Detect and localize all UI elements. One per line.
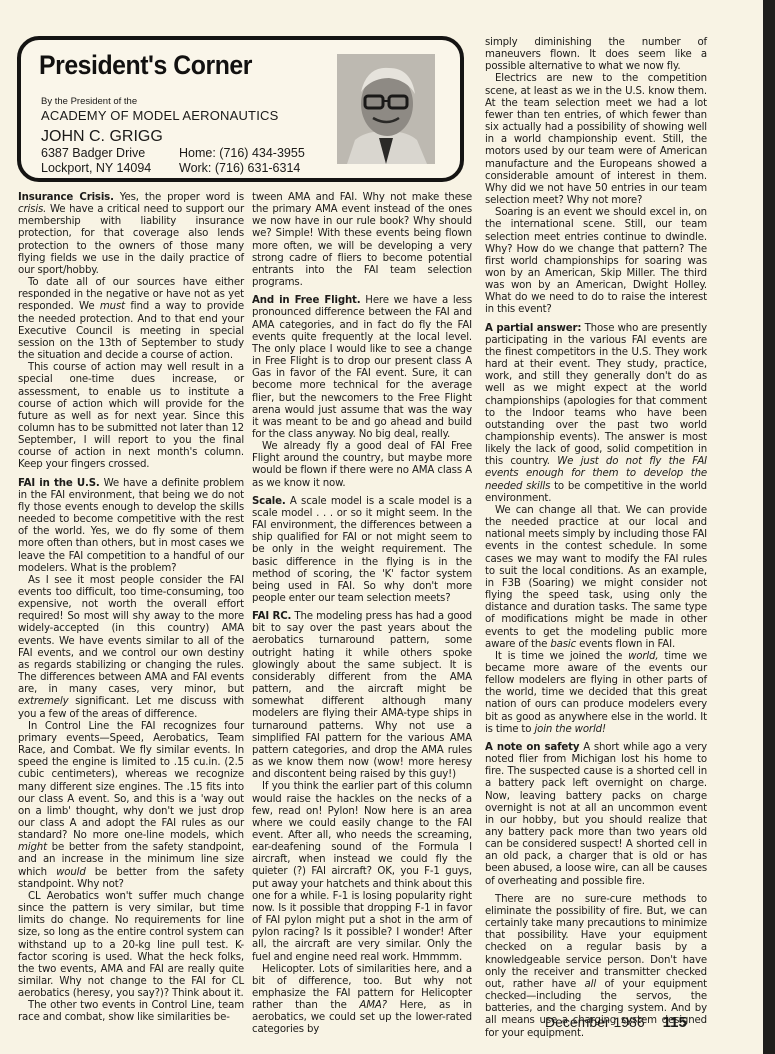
paragraph-fai-rc: FAI RC. The modeling press has had a goo… [252,611,472,781]
paragraph-note-on-safety: A note on safety A short while ago a ver… [485,742,707,888]
issue-date: December 1986 [545,1014,645,1030]
paragraph: We already fly a good deal of FAI Free F… [252,441,472,490]
paragraph-control-line: In Control Line the FAI recognizes four … [18,721,244,891]
paragraph-partial-answer: A partial answer: Those who are presentl… [485,323,707,505]
page-number: 115 [663,1014,687,1031]
paragraph: We can change all that. We can provide t… [485,505,707,651]
work-phone: Work: (716) 631-6314 [179,161,305,176]
section-heading: A note on safety [485,742,579,753]
presidents-corner-header: President's Corner By the President of t… [17,36,464,182]
column-title: President's Corner [39,50,252,81]
paragraph: The other two events in Control Line, te… [18,1000,244,1024]
paragraph: This course of action may well result in… [18,362,244,471]
paragraph-scale: Scale. A scale model is a scale model is… [252,496,472,605]
magazine-page: President's Corner By the President of t… [0,0,763,1054]
author-address: 6387 Badger Drive Lockport, NY 14094 [41,146,151,176]
author-name: JOHN C. GRIGG [41,128,163,146]
address-line-1: 6387 Badger Drive [41,146,151,161]
paragraph-cl-aerobatics: CL Aerobatics won't suffer much change s… [18,891,244,1000]
section-heading: Insurance Crisis. [18,192,114,203]
author-phones: Home: (716) 434-3955 Work: (716) 631-631… [179,146,305,176]
paragraph: tween AMA and FAI. Why not make these th… [252,192,472,289]
article-column-3: simply diminishing the number of maneuve… [485,4,707,1040]
paragraph-soaring: Soaring is an event we should excel in, … [485,207,707,316]
portrait-photo [337,54,435,164]
article-column-1: Insurance Crisis. Yes, the proper word i… [18,192,244,1025]
byline: By the President of the [41,96,137,107]
address-line-2: Lockport, NY 14094 [41,161,151,176]
section-heading: FAI RC. [252,611,291,622]
paragraph-pylon: If you think the earlier part of this co… [252,781,472,963]
article-column-2: tween AMA and FAI. Why not make these th… [252,192,472,1037]
paragraph: simply diminishing the number of maneuve… [485,37,707,73]
portrait-icon [337,54,435,164]
paragraph-fai-in-us: FAI in the U.S. We have a definite probl… [18,478,244,575]
section-heading: Scale. [252,496,286,507]
paragraph: It is time we joined the world, time we … [485,651,707,736]
paragraph-free-flight: And in Free Flight. Here we have a less … [252,295,472,441]
organization-name: ACADEMY OF MODEL AERONAUTICS [41,108,278,123]
section-heading: And in Free Flight. [252,295,361,306]
paragraph-electrics: Electrics are new to the competition sce… [485,73,707,207]
paragraph: To date all of our sources have either r… [18,277,244,362]
paragraph-helicopter: Helicopter. Lots of similarities here, a… [252,964,472,1037]
page-footer: December 1986115 [545,1014,687,1031]
section-heading: FAI in the U.S. [18,478,100,489]
paragraph: As I see it most people consider the FAI… [18,575,244,721]
home-phone: Home: (716) 434-3955 [179,146,305,161]
page-edge-shadow [763,0,775,1054]
section-heading: A partial answer: [485,323,581,334]
paragraph-insurance-crisis: Insurance Crisis. Yes, the proper word i… [18,192,244,277]
